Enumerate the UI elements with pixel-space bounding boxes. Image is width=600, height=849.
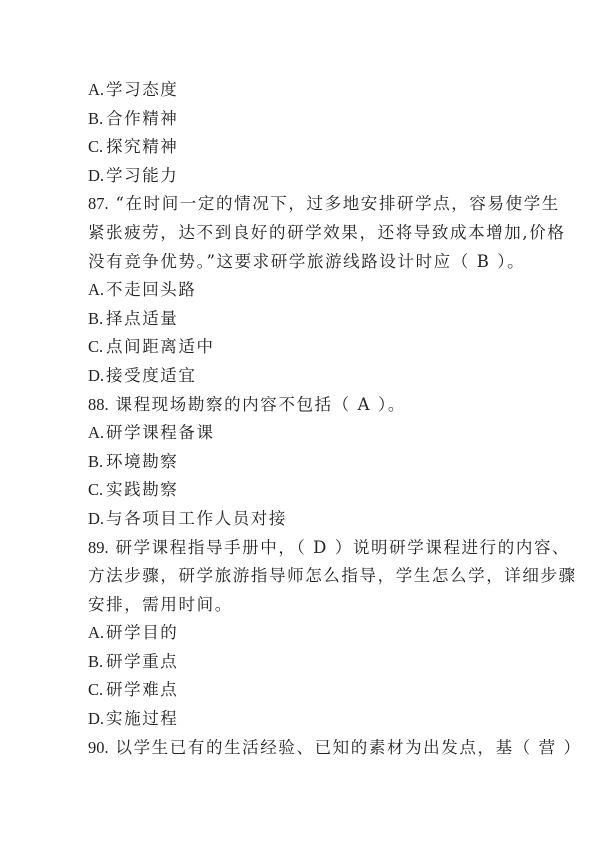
- option-text: 研学课程备课: [106, 423, 215, 442]
- document-page: A.学习态度 B.合作精神 C.探究精神 D.学习能力 87. “在时间一定的情…: [88, 76, 512, 762]
- option-b: B.研学重点: [88, 648, 512, 677]
- question-text: 研学课程指导手册中，（ D ）说明研学课程进行的内容、: [109, 538, 571, 557]
- question-line: 安排，需用时间。: [88, 591, 512, 620]
- option-text: 研学难点: [106, 680, 178, 699]
- option-letter: B.: [88, 105, 106, 134]
- question-88: 88. 课程现场勘察的内容不包括（ A ）。: [88, 391, 512, 420]
- question-line: 89. 研学课程指导手册中，（ D ）说明研学课程进行的内容、: [88, 534, 512, 563]
- option-a: A.研学课程备课: [88, 419, 512, 448]
- option-text: 研学重点: [106, 652, 178, 671]
- option-a: A.不走回头路: [88, 276, 512, 305]
- option-d: D.接受度适宜: [88, 362, 512, 391]
- option-c: C.探究精神: [88, 133, 512, 162]
- option-c: C.研学难点: [88, 676, 512, 705]
- option-letter: C.: [88, 676, 106, 705]
- option-letter: A.: [88, 619, 106, 648]
- option-letter: D.: [88, 505, 106, 534]
- question-line: 方法步骤，研学旅游指导师怎么指导，学生怎么学，详细步骤: [88, 562, 512, 591]
- option-letter: D.: [88, 705, 106, 734]
- option-letter: D.: [88, 162, 106, 191]
- option-letter: B.: [88, 448, 106, 477]
- option-d: D.实施过程: [88, 705, 512, 734]
- option-d: D.与各项目工作人员对接: [88, 505, 512, 534]
- option-text: 择点适量: [106, 309, 178, 328]
- option-a: A.学习态度: [88, 76, 512, 105]
- option-text: 不走回头路: [106, 280, 197, 299]
- option-letter: C.: [88, 133, 106, 162]
- option-text: 环境勘察: [106, 452, 178, 471]
- option-letter: B.: [88, 648, 106, 677]
- option-text: 研学目的: [106, 623, 178, 642]
- question-number: 89.: [88, 538, 109, 557]
- option-b: B.环境勘察: [88, 448, 512, 477]
- option-c: C.实践勘察: [88, 476, 512, 505]
- question-90: 90. 以学生已有的生活经验、已知的素材为出发点，基（ 营 ）: [88, 734, 512, 763]
- question-number: 88.: [88, 395, 109, 414]
- option-letter: A.: [88, 276, 106, 305]
- question-line: 87. “在时间一定的情况下，过多地安排研学点，容易使学生: [88, 190, 512, 219]
- question-number: 87.: [88, 194, 109, 213]
- option-letter: D.: [88, 362, 106, 391]
- option-text: 与各项目工作人员对接: [106, 509, 287, 528]
- option-text: 合作精神: [106, 109, 178, 128]
- option-a: A.研学目的: [88, 619, 512, 648]
- option-letter: A.: [88, 76, 106, 105]
- option-letter: C.: [88, 476, 106, 505]
- option-text: 学习能力: [106, 166, 178, 185]
- option-text: 探究精神: [106, 137, 178, 156]
- question-text: 以学生已有的生活经验、已知的素材为出发点，基（ 营 ）: [109, 738, 582, 757]
- option-d: D.学习能力: [88, 162, 512, 191]
- option-letter: B.: [88, 305, 106, 334]
- question-line: 紧张疲劳，达不到良好的研学效果，还将导致成本增加,价格: [88, 219, 512, 248]
- option-text: 点间距离适中: [106, 337, 215, 356]
- option-text: 实践勘察: [106, 480, 178, 499]
- option-text: 接受度适宜: [106, 366, 197, 385]
- question-87: 87. “在时间一定的情况下，过多地安排研学点，容易使学生 紧张疲劳，达不到良好…: [88, 190, 512, 276]
- option-text: 学习态度: [106, 80, 178, 99]
- option-c: C.点间距离适中: [88, 333, 512, 362]
- option-b: B.合作精神: [88, 105, 512, 134]
- question-text: “在时间一定的情况下，过多地安排研学点，容易使学生: [109, 194, 560, 213]
- question-line: 88. 课程现场勘察的内容不包括（ A ）。: [88, 391, 512, 420]
- question-number: 90.: [88, 738, 109, 757]
- option-letter: C.: [88, 333, 106, 362]
- question-text: 课程现场勘察的内容不包括（ A ）。: [109, 395, 406, 414]
- question-89: 89. 研学课程指导手册中，（ D ）说明研学课程进行的内容、 方法步骤，研学旅…: [88, 534, 512, 620]
- question-line: 没有竞争优势。”这要求研学旅游线路设计时应（ B ）。: [88, 248, 512, 277]
- option-text: 实施过程: [106, 709, 178, 728]
- question-line: 90. 以学生已有的生活经验、已知的素材为出发点，基（ 营 ）: [88, 734, 512, 763]
- option-b: B.择点适量: [88, 305, 512, 334]
- option-letter: A.: [88, 419, 106, 448]
